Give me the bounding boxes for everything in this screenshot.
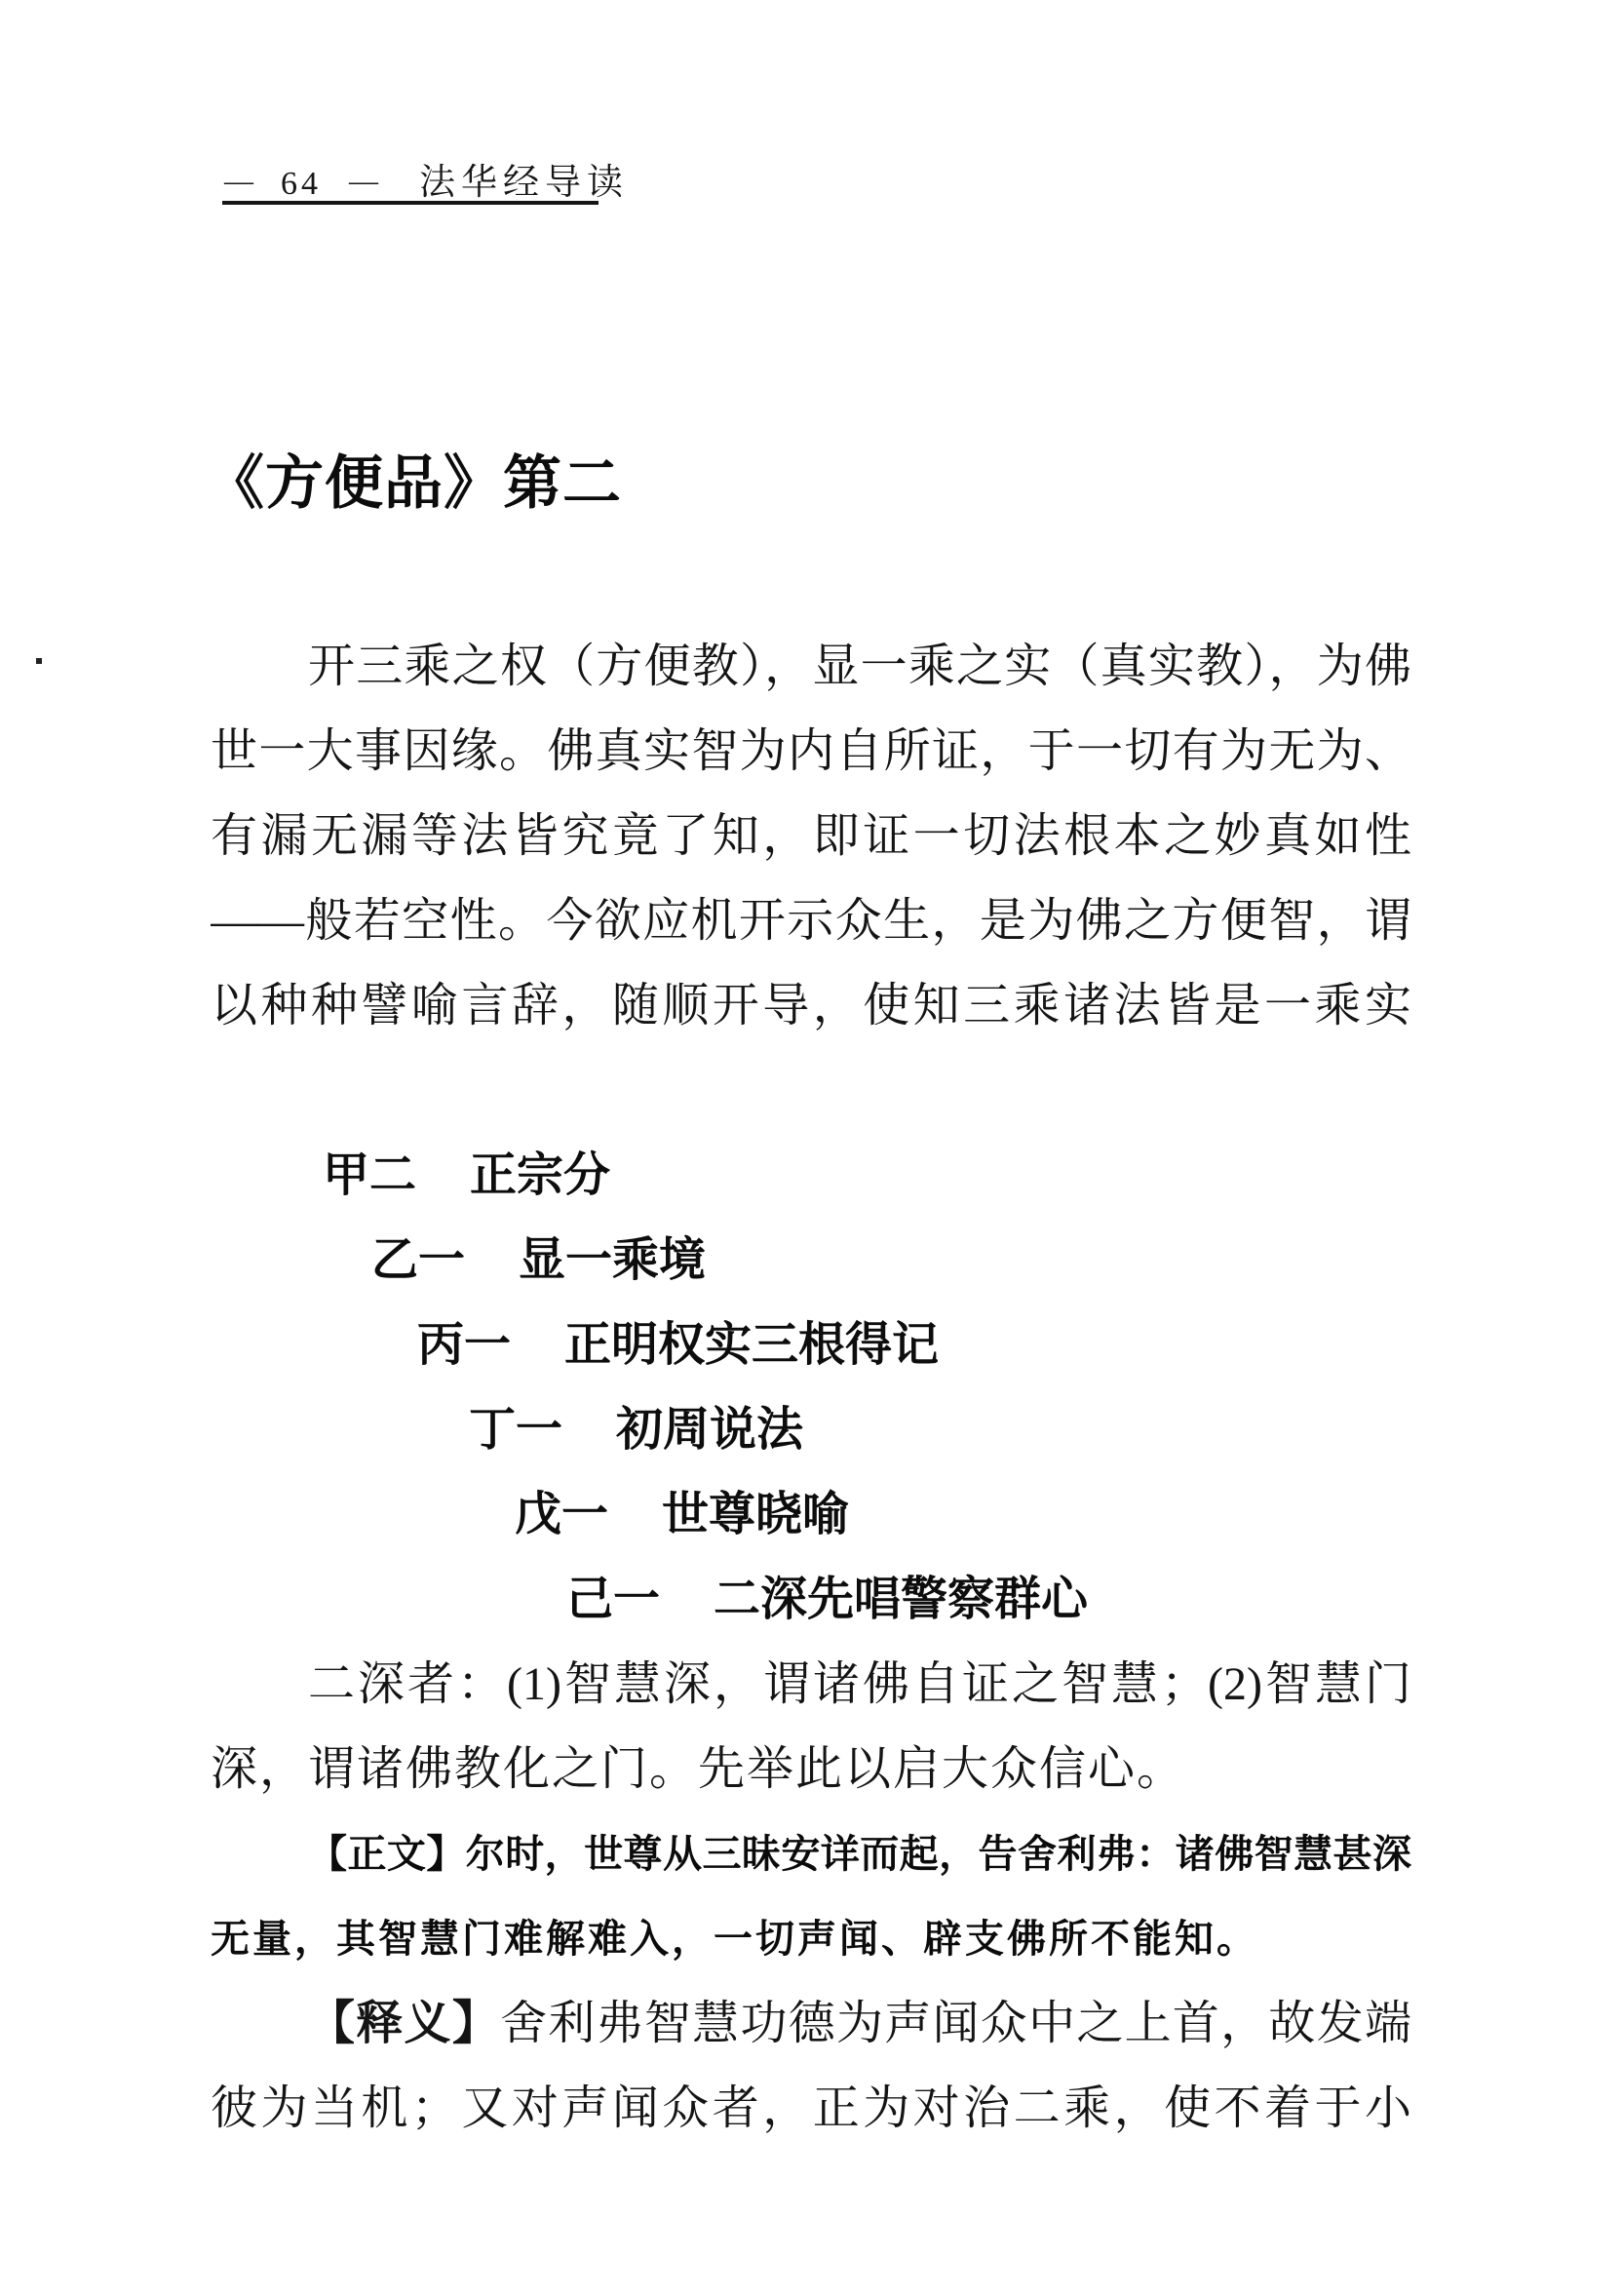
two-deeps-paragraph: 二深者：(1)智慧深，谓诸佛自证之智慧；(2)智慧门 深，谓诸佛教化之门。先举此… [211,1642,1411,1811]
outline-item: 戊一世尊晓喻 [211,1472,1411,1557]
chapter-title: 《方便品》第二 [206,437,622,521]
outline-item-title: 初周说法 [616,1404,803,1456]
two-deeps-line: 深，谓诸佛教化之门。先举此以启大众信心。 [211,1727,1411,1811]
header-dash-left-icon: — [224,165,253,198]
outline-item-title: 正明权实三根得记 [564,1319,939,1371]
scripture-paragraph: 【正文】尔时，世尊从三昧安详而起，告舍利弗：诸佛智慧甚深 无量，其智慧门难解难入… [211,1811,1411,1981]
outline-item-label: 丙一 [417,1319,511,1371]
intro-line: 有漏无漏等法皆究竟了知，即证一切法根本之妙真如性 [211,794,1411,878]
exegesis-paragraph: 【释义】舍利弗智慧功德为声闻众中之上首，故发端以 彼为当机；又对声闻众者，正为对… [211,1981,1411,2151]
page-number: 64 [281,166,322,203]
header-rule [222,201,599,205]
two-deeps-line: 二深者：(1)智慧深，谓诸佛自证之智慧；(2)智慧门 [211,1642,1411,1727]
main-text-column: 开三乘之权（方便教），显一乘之实（真实教），为佛出 世一大事因缘。佛真实智为内自… [211,624,1411,2151]
outline-item: 乙一显一乘境 [211,1218,1411,1303]
outline-item: 丁一初周说法 [211,1387,1411,1472]
outline-section: 甲二正宗分 乙一显一乘境 丙一正明权实三根得记 丁一初周说法 戊一世尊晓喻 己一… [211,1133,1411,1642]
exegesis-label: 【释义】 [308,1998,500,2049]
outline-item: 丙一正明权实三根得记 [211,1303,1411,1387]
exegesis-line: 【释义】舍利弗智慧功德为声闻众中之上首，故发端以 [211,1981,1411,2066]
spacer-row [211,1048,1411,1133]
exegesis-line: 彼为当机；又对声闻众者，正为对治二乘，使不着于小果， [211,2066,1411,2151]
outline-item-title: 二深先唱警察群心 [714,1574,1088,1625]
scripture-label: 【正文】 [308,1832,466,1876]
intro-line: 世一大事因缘。佛真实智为内自所证，于一切有为无为、 [211,709,1411,794]
scripture-line: 【正文】尔时，世尊从三昧安详而起，告舍利弗：诸佛智慧甚深 [211,1811,1411,1896]
intro-line: ——般若空性。今欲应机开示众生，是为佛之方便智，谓 [211,878,1411,963]
book-page: — 64 — 法华经导读 《方便品》第二 开三乘之权（方便教），显一乘之实（真实… [0,0,1622,2296]
running-head: — 64 — 法华经导读 [224,152,629,205]
intro-line: 开三乘之权（方便教），显一乘之实（真实教），为佛出 [211,624,1411,709]
outline-item: 己一二深先唱警察群心 [211,1557,1411,1642]
outline-item-title: 显一乘境 [519,1234,706,1286]
outline-item-label: 甲二 [323,1149,416,1201]
intro-paragraph: 开三乘之权（方便教），显一乘之实（真实教），为佛出 世一大事因缘。佛真实智为内自… [211,624,1411,1048]
book-title: 法华经导读 [419,152,629,205]
scan-speck [36,658,42,664]
outline-item-label: 丁一 [469,1404,562,1456]
outline-item-title: 正宗分 [470,1149,610,1201]
scripture-text: 尔时，世尊从三昧安详而起，告舍利弗：诸佛智慧甚深 [466,1832,1411,1876]
intro-line: 以种种譬喻言辞，随顺开导，使知三乘诸法皆是一乘实相。 [211,963,1411,1048]
outline-item-label: 乙一 [371,1234,465,1286]
outline-item: 甲二正宗分 [211,1133,1411,1218]
outline-item-label: 戊一 [515,1489,608,1540]
outline-item-label: 己一 [566,1574,660,1625]
scripture-line: 无量，其智慧门难解难入，一切声闻、辟支佛所不能知。 [211,1896,1411,1981]
outline-item-title: 世尊晓喻 [662,1489,849,1540]
header-dash-right-icon: — [349,165,378,198]
